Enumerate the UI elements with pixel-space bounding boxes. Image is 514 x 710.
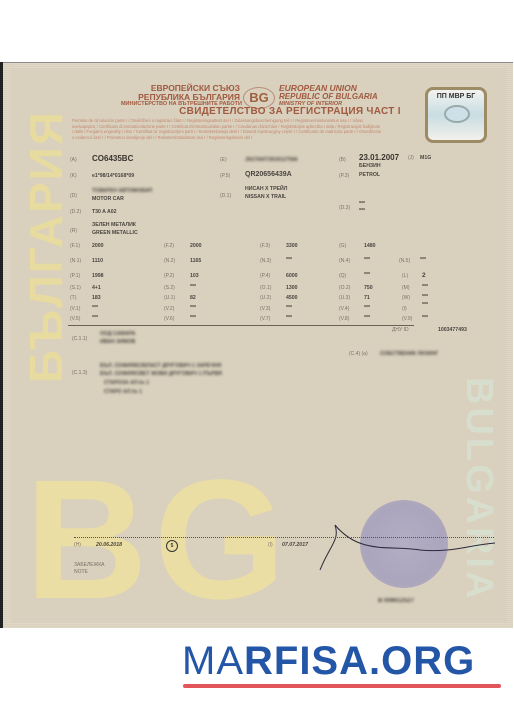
field-s1-value: 4+1 [92, 285, 101, 291]
field-d-value-en: MOTOR CAR [92, 196, 124, 202]
watermark-bulgaria-en: BULGARIA [459, 324, 499, 654]
field-c11-line2: ИВАН ЗИМОВ [100, 339, 135, 345]
field-r-label: (R) [70, 228, 77, 234]
field-i-date-label: (I) [268, 542, 273, 548]
field-n1-label: (N.1) [70, 258, 81, 264]
field-v5-value: *** [92, 315, 98, 321]
field-u2-label: (U.2) [260, 295, 271, 301]
field-o1-label: (O.1) [260, 285, 271, 291]
field-h-label: (H) [74, 542, 81, 548]
field-p3-value-bg: БЕНЗИН [359, 163, 381, 169]
field-j-value: M1G [420, 155, 431, 161]
field-v6-value: *** [190, 315, 196, 321]
field-t-label: (T) [70, 295, 76, 301]
field-k-value: e1*98/14*0168*09 [92, 173, 134, 179]
field-o2-value: 750 [364, 285, 373, 291]
field-w-value: *** [422, 294, 428, 300]
field-a-label: (A) [70, 157, 77, 163]
field-u1-label: (U.1) [164, 295, 175, 301]
field-u2-value: 4500 [286, 295, 298, 301]
field-d3-value: *** [359, 201, 365, 207]
field-d3-label: (D.3) [339, 205, 350, 211]
field-c13-line4: СТАРО АЛ.№ 1 [104, 389, 142, 395]
note-label-bg: ЗАБЕЛЕЖКА [74, 562, 104, 568]
field-i-label: (I) [402, 306, 407, 312]
field-d2-value: T30 A A02 [92, 209, 117, 215]
dhu-id-label: ДНУ ID [392, 327, 409, 333]
serial-number: В 008612527 [378, 598, 414, 604]
field-i-value: *** [422, 302, 428, 308]
field-r-value-bg: ЗЕЛЕН МЕТАЛИК [92, 222, 136, 228]
field-u3-value: 71 [364, 295, 370, 301]
field-v9-value: *** [422, 315, 428, 321]
hologram-emblem-icon [444, 105, 470, 123]
field-c13-line2: БЪЛ. СОФИЯ/СВЕТ ЖОВИ ДРУГОВИЧ 1 ПЪРВЯ [100, 371, 222, 377]
field-i-date-value: 07.07.2017 [282, 542, 308, 548]
field-w-label: (W) [402, 295, 410, 301]
field-g-label: (G) [339, 243, 346, 249]
field-n4-value: *** [364, 257, 370, 263]
field-p2-value: 103 [190, 273, 199, 279]
field-e-label: (E) [220, 157, 227, 163]
field-p4-value: 6000 [286, 273, 298, 279]
logo-underline [183, 684, 501, 688]
field-e-value: JN1TANT30U0127566 [245, 157, 298, 163]
field-s2-label: (S.2) [164, 285, 175, 291]
field-d2-label: (D.2) [70, 209, 81, 215]
document-title: СВИДЕТЕЛСТВО ЗА РЕГИСТРАЦИЯ ЧАСТ I [160, 106, 420, 117]
logo-part-rest: RFISA.ORG [244, 639, 475, 683]
field-f1-label: (F.1) [70, 243, 80, 249]
field-d-value-bg: ТОВАРЕН АВТОМОБИЛ [92, 188, 152, 194]
field-d-label: (D) [70, 193, 77, 199]
field-f3-value: 3300 [286, 243, 298, 249]
field-o1-value: 1300 [286, 285, 298, 291]
marfisa-logo: MARFISA.ORG [182, 638, 475, 684]
field-d1-label: (D.1) [220, 193, 231, 199]
field-m-value: *** [422, 284, 428, 290]
field-h-value: 20.06.2018 [96, 542, 122, 548]
field-v9-label: (V.9) [402, 316, 412, 322]
field-v5-label: (V.5) [70, 316, 80, 322]
field-o2-label: (O.2) [339, 285, 350, 291]
field-c13-label: (C.1.3) [72, 370, 87, 376]
footer-divider [74, 537, 494, 539]
field-n3-value: *** [286, 257, 292, 263]
field-c13-line1: БЪЛ. СОФИЯ/ЕОБЛАСТ ДРУГОВИЧ 1 ЗАРЕЧНЯ [100, 363, 221, 369]
field-s2-value: *** [190, 284, 196, 290]
field-g-value: 1480 [364, 243, 376, 249]
field-n5-label: (N.5) [399, 258, 410, 264]
field-v2-label: (V.2) [164, 306, 174, 312]
hologram-seal: ПП МВР БГ [425, 87, 487, 143]
section-divider [68, 325, 414, 326]
field-c11-line1: ООД САМАРА [100, 331, 135, 337]
field-a-value: CO6435BC [92, 154, 133, 163]
watermark-bg: BG [25, 455, 292, 625]
field-p5-label: (P.5) [220, 173, 230, 179]
field-n2-value: 1165 [190, 258, 201, 264]
signature [300, 515, 500, 585]
field-f1-value: 2000 [92, 243, 104, 249]
field-u3-label: (U.3) [339, 295, 350, 301]
circled-number: 5 [166, 540, 178, 552]
field-v4-label: (V.4) [339, 306, 349, 312]
multilingual-fine-print: Permiso de circulación parte I / Osvědče… [72, 118, 382, 140]
field-b-label: (B) [339, 157, 346, 163]
field-q-label: (Q) [339, 273, 346, 279]
field-v4-value: *** [364, 305, 370, 311]
field-f2-value: 2000 [190, 243, 202, 249]
field-v2-value: *** [190, 305, 196, 311]
field-p1-value: 1998 [92, 273, 104, 279]
field-p3-value-en: PETROL [359, 172, 380, 178]
field-p4-label: (P.4) [260, 273, 270, 279]
field-c4-label: (C.4) (a) [349, 351, 368, 357]
field-m-label: (M) [402, 285, 410, 291]
field-k-label: (K) [70, 173, 77, 179]
field-c4-value: СОБСТВЕНИК ЛИЗИНГ [380, 351, 438, 357]
field-b-value: 23.01.2007 [359, 153, 399, 162]
field-n1-value: 1110 [92, 258, 103, 264]
field-v3-label: (V.3) [260, 306, 270, 312]
field-p1-label: (P.1) [70, 273, 80, 279]
field-v6-label: (V.6) [164, 316, 174, 322]
field-d1-value-en: NISSAN X TRAIL [245, 194, 286, 200]
field-n4-label: (N.4) [339, 258, 350, 264]
field-p2-label: (P.2) [164, 273, 174, 279]
field-d1-value-bg: НИСАН X ТРЕЙЛ [245, 186, 287, 192]
watermark-bulgaria-bg: БЪЛГАРИЯ [21, 82, 71, 412]
field-t-value: 183 [92, 295, 101, 301]
field-v1-value: *** [92, 305, 98, 311]
field-v7-label: (V.7) [260, 316, 270, 322]
field-f2-label: (F.2) [164, 243, 174, 249]
field-q-value: *** [364, 272, 370, 278]
field-l-value: 2 [422, 272, 426, 279]
hologram-text: ПП МВР БГ [428, 93, 484, 100]
field-v3-value: *** [286, 305, 292, 311]
field-s1-label: (S.1) [70, 285, 81, 291]
field-n2-label: (N.2) [164, 258, 175, 264]
note-label-en: NOTE [74, 569, 88, 575]
field-f3-label: (F.3) [260, 243, 270, 249]
field-p3-label: (P.3) [339, 173, 349, 179]
field-c11-label: (C.1.1) [72, 336, 87, 342]
field-n3-label: (N.3) [260, 258, 271, 264]
logo-part-ma: MA [182, 639, 244, 683]
field-j-label: (J) [408, 155, 414, 161]
dhu-id-value: 1003477493 [438, 327, 467, 333]
field-r-value-en: GREEN METALLIC [92, 230, 138, 236]
field-v8-value: *** [364, 315, 370, 321]
field-v7-value: *** [286, 315, 292, 321]
field-d3-value2: *** [359, 208, 365, 214]
field-c13-line3: СТАРОЗА АЛ.№ 1 [104, 380, 149, 386]
field-v8-label: (V.8) [339, 316, 349, 322]
field-p5-value: QR20656439A [245, 171, 292, 178]
field-l-label: (L) [402, 273, 408, 279]
field-n5-value: *** [420, 257, 426, 263]
field-v1-label: (V.1) [70, 306, 80, 312]
field-u1-value: 82 [190, 295, 196, 301]
header-republic-en: REPUBLIC OF BULGARIA [279, 92, 378, 101]
